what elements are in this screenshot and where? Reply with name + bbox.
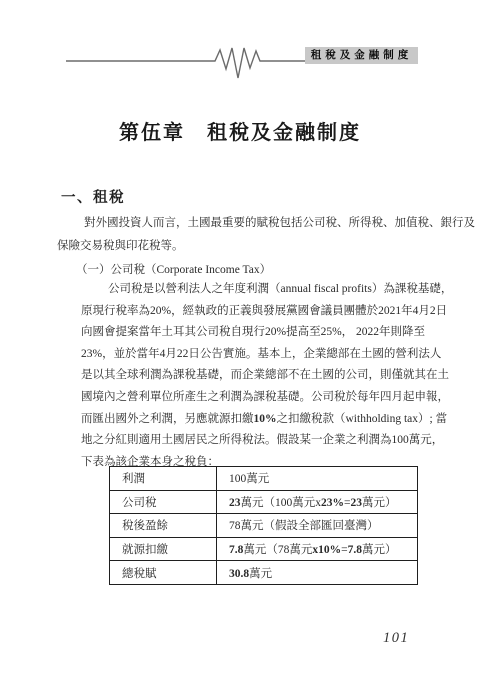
table-row: 稅後盈餘78萬元（假設全部匯回臺灣）	[110, 514, 418, 538]
text-run: 公司稅是以營利法人之年度利潤（annual fiscal profits）為課稅…	[108, 283, 452, 295]
bold-text-run: 23	[351, 497, 363, 509]
subsection-heading: （一）公司稅（Corporate Income Tax）	[76, 261, 271, 277]
tax-table: 利潤100萬元公司稅23萬元（100萬元x23%=23萬元）稅後盈餘78萬元（假…	[109, 466, 418, 585]
bold-text-run: 23%	[321, 497, 344, 509]
text-line: 是以其全球利潤為課稅基礎，而企業總部不在土國的公司，則僅就其在土	[81, 365, 452, 387]
header-chapter-label: 租稅及金融制度	[305, 47, 418, 64]
text-run: 23%，並於當年4月22日公告實施。基本上，企業總部在土國的營利法人	[81, 348, 441, 360]
table-label-cell: 公司稅	[110, 490, 217, 514]
bold-text-run: 7.8	[348, 544, 362, 556]
text-run: 而匯出國外之利潤，另應就源扣繳	[81, 413, 254, 425]
bold-text-run: 10%	[254, 413, 277, 425]
text-line: 國境內之營利單位所產生之利潤為課稅基礎。公司稅於每年四月起申報，	[81, 387, 452, 409]
text-run: 100萬元	[229, 473, 269, 485]
intro-paragraph: 對外國投資人而言，土國最重要的賦稅包括公司稅、所得稅、加值稅、銀行及保險交易稅與…	[57, 212, 475, 257]
text-line: 地之分紅則適用土國居民之所得稅法。假設某一企業之利潤為100萬元，	[81, 430, 452, 452]
text-run: 對外國投資人而言，土國最重要的賦稅包括公司稅、所得稅、加值稅、銀行及	[84, 217, 475, 229]
text-run: 原現行稅率為20%，經執政的正義與發展黨國會議員團體於2021年4月2日	[81, 305, 447, 317]
page-number: 101	[383, 630, 409, 647]
bold-text-run: 7.8	[229, 544, 243, 556]
chapter-title: 第伍章 租稅及金融制度	[0, 116, 480, 145]
text-line: 對外國投資人而言，土國最重要的賦稅包括公司稅、所得稅、加值稅、銀行及	[57, 212, 475, 235]
table-label-cell: 稅後盈餘	[110, 514, 217, 538]
text-run: 國境內之營利單位所產生之利潤為課稅基礎。公司稅於每年四月起申報，	[81, 391, 449, 403]
document-page: 租稅及金融制度 第伍章 租稅及金融制度 一、租稅 對外國投資人而言，土國最重要的…	[0, 0, 480, 679]
table-label-cell: 就源扣繳	[110, 537, 217, 561]
table-value-cell: 78萬元（假設全部匯回臺灣）	[217, 514, 418, 538]
table-row: 利潤100萬元	[110, 467, 418, 491]
text-line: 原現行稅率為20%，經執政的正義與發展黨國會議員團體於2021年4月2日	[81, 301, 452, 323]
text-run: 萬元（100萬元x	[241, 497, 322, 509]
table-label-cell: 總稅賦	[110, 561, 217, 585]
bold-text-run: x10%	[312, 544, 341, 556]
text-run: 萬元	[249, 568, 272, 580]
table-value-cell: 23萬元（100萬元x23%=23萬元）	[217, 490, 418, 514]
table-row: 公司稅23萬元（100萬元x23%=23萬元）	[110, 490, 418, 514]
header-pulse-rule	[60, 40, 308, 84]
text-run: 地之分紅則適用土國居民之所得稅法。假設某一企業之利潤為100萬元，	[81, 434, 443, 446]
text-line: 公司稅是以營利法人之年度利潤（annual fiscal profits）為課稅…	[81, 279, 452, 301]
text-run: 78萬元（假設全部匯回臺灣）	[229, 520, 379, 532]
text-run: 之扣繳稅款（withholding tax）; 當	[277, 413, 448, 425]
body-paragraph: 公司稅是以營利法人之年度利潤（annual fiscal profits）為課稅…	[81, 279, 452, 473]
text-line: 23%，並於當年4月22日公告實施。基本上，企業總部在土國的營利法人	[81, 344, 452, 366]
text-run: 向國會提案當年土耳其公司稅自現行20%提高至25%， 2022年則降至	[81, 326, 425, 338]
text-run: 萬元（78萬元	[243, 544, 312, 556]
text-run: 萬元）	[362, 497, 397, 509]
table-row: 總稅賦30.8萬元	[110, 561, 418, 585]
text-run: 保險交易稅與印花稅等。	[57, 240, 184, 252]
table-value-cell: 100萬元	[217, 467, 418, 491]
bold-text-run: 23	[229, 497, 241, 509]
section-heading: 一、租稅	[61, 186, 125, 207]
text-line: 向國會提案當年土耳其公司稅自現行20%提高至25%， 2022年則降至	[81, 322, 452, 344]
table-value-cell: 30.8萬元	[217, 561, 418, 585]
table-label-cell: 利潤	[110, 467, 217, 491]
text-run: 萬元）	[362, 544, 397, 556]
text-line: 保險交易稅與印花稅等。	[57, 235, 475, 258]
table-row: 就源扣繳7.8萬元（78萬元x10%=7.8萬元）	[110, 537, 418, 561]
text-run: 是以其全球利潤為課稅基礎，而企業總部不在土國的公司，則僅就其在土	[81, 369, 449, 381]
bold-text-run: 30.8	[229, 568, 249, 580]
text-line: 而匯出國外之利潤，另應就源扣繳10%之扣繳稅款（withholding tax）…	[81, 409, 452, 431]
pulse-line-icon	[66, 48, 306, 78]
table-value-cell: 7.8萬元（78萬元x10%=7.8萬元）	[217, 537, 418, 561]
